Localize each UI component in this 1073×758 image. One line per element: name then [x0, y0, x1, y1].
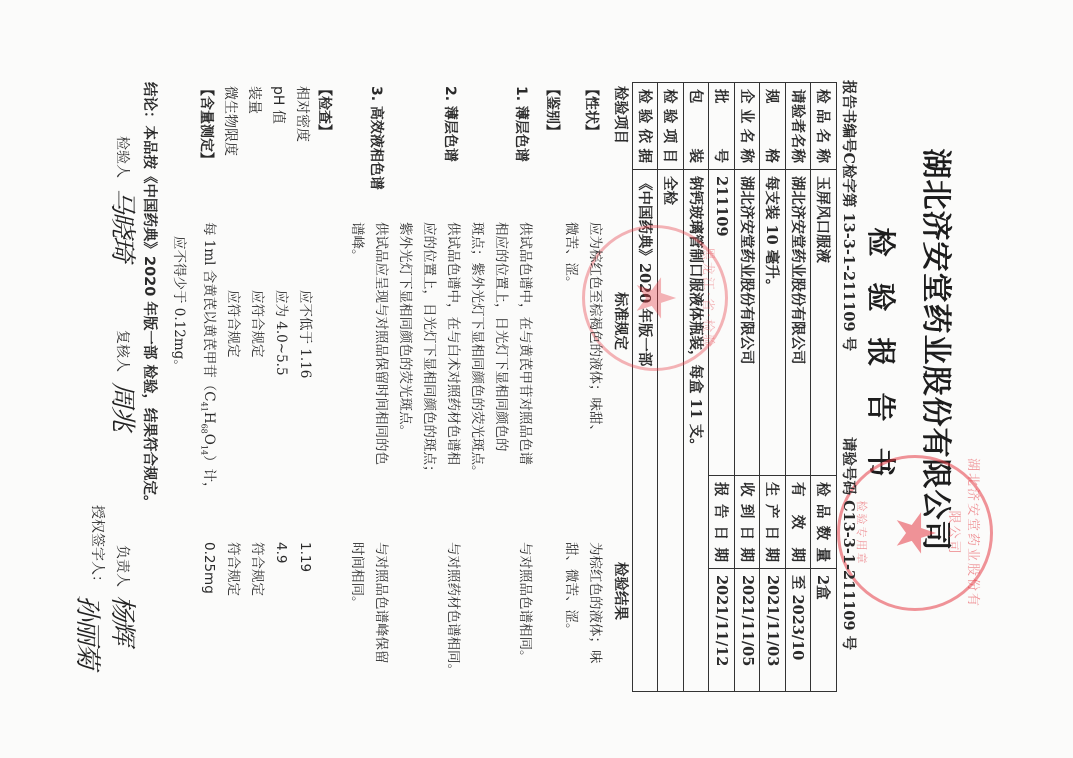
identification-standard-3: 供试品应呈现与对照品保留时间相同的色 谱峰。 [345, 222, 393, 465]
product-name-value: 玉屏风口服液 [811, 170, 837, 476]
inspection-item-density: 相对密度 [293, 86, 313, 142]
inspection-report-page: 湖北济安堂药业股份有限公司 检验报告书 湖北济安堂药业股份有限公司 ★ 检验专用… [0, 0, 1073, 758]
authorized-signer-label: 授权签字人： [88, 505, 108, 589]
appearance-standard: 应为棕红色至棕褐色的液体；味甜、 微苦、涩。 [559, 222, 607, 438]
assay-result: 0.25mg [197, 542, 221, 594]
table-seal-text: 黑龙江·省·检验 [700, 228, 719, 368]
inspection-item-fill: 装量 [245, 86, 265, 114]
package-label: 包装 [684, 83, 710, 170]
table-row: 检验依据 《中国药典》2020 年版一部 [633, 83, 659, 692]
column-header-item: 检验项目 [611, 86, 632, 144]
report-number: 报告书编号C检字第 13-3-1-211109 号 [839, 80, 860, 351]
product-info-table: 检品名称 玉屏风口服液 检品数量 2盒 请验者名称 湖北济安堂药业股份有限公司 … [632, 82, 837, 692]
seal-ring-text: 湖北济安堂药业股份有限公司 [946, 458, 984, 608]
report-date-value: 2021/11/12 [709, 569, 735, 692]
received-date-label: 收到日期 [735, 476, 761, 569]
column-header-result: 检验结果 [611, 562, 632, 620]
inspection-result-microbial: 符合规定 [221, 542, 245, 596]
identification-result-2: 与对照药材色谱相同。 [441, 542, 465, 677]
expiry-label: 有效期 [786, 476, 812, 569]
quantity-label: 检品数量 [811, 476, 837, 569]
authorized-signature: 孙丽菊 [71, 595, 108, 667]
section-appearance: 【性状】 [582, 82, 602, 138]
inspection-standard-ph: 应为 4.0~5.5 [269, 290, 293, 376]
table-row: 批号 211109 报告日期 2021/11/12 [709, 83, 735, 692]
inspection-standard-microbial: 应符合规定 [221, 290, 245, 358]
manager-label: 负责人 [113, 545, 133, 587]
table-row: 规格 每支装 10 毫升。 生产日期 2021/11/03 [760, 83, 786, 692]
inspection-standard-density: 应不低于 1.16 [293, 290, 317, 378]
table-row: 包装 钠钙玻璃管制口服液体瓶装，每盒 11 支。 [684, 83, 710, 692]
inspection-result-fill: 符合规定 [245, 542, 269, 596]
inspection-item-microbial: 微生物限度 [221, 86, 241, 156]
report-date-label: 报告日期 [709, 476, 735, 569]
spec-value: 每支装 10 毫升。 [760, 170, 786, 476]
basis-label: 检验依据 [633, 83, 659, 170]
inspector-signature: 马晓琦 [106, 188, 143, 260]
star-icon: ★ [628, 274, 682, 322]
identification-result-3: 与对照品色谱峰保留 时间相同。 [345, 542, 393, 664]
section-inspection: 【检查】 [315, 82, 335, 138]
reviewer-label: 复核人 [113, 330, 133, 372]
batch-label: 批号 [709, 83, 735, 170]
appearance-result: 为棕红色的液体；味 甜、微苦、涩。 [559, 542, 607, 664]
table-row: 请验者名称 湖北济安堂药业股份有限公司 有效期 至 2023/10 [786, 83, 812, 692]
identification-standard-2: 供试品色谱中，在与白术对照药材色谱相 应的位置上，日光灯下显相同颜色的斑点； 紫… [393, 222, 465, 479]
inspection-result-ph: 4.9 [269, 542, 293, 563]
enterprise-value: 湖北济安堂药业股份有限公司 [735, 170, 761, 476]
conclusion: 结论：本品按《中国药典》2020 年版一部 检验，结果符合规定。 [140, 82, 161, 509]
test-item-label: 检验项目 [658, 83, 684, 170]
requester-label: 请验者名称 [786, 83, 812, 170]
assay-standard: 每 1ml 含黄芪以黄芪甲苷（C41H68O14）计， 应不得少于 0.12mg… [167, 222, 221, 496]
manager-signature: 杨辉 [106, 595, 143, 643]
spec-label: 规格 [760, 83, 786, 170]
requester-value: 湖北济安堂药业股份有限公司 [786, 170, 812, 476]
production-date-label: 生产日期 [760, 476, 786, 569]
product-name-label: 检品名称 [811, 83, 837, 170]
table-row: 检验项目 全检 [658, 83, 684, 692]
star-icon: ★ [888, 509, 942, 557]
identification-result-1: 与对照品色谱相同。 [513, 542, 537, 664]
received-date-value: 2021/11/05 [735, 569, 761, 692]
section-assay: 【含量测定】 [197, 82, 217, 166]
inspection-result-density: 1.19 [293, 542, 317, 572]
identification-item-2: 2. 薄层色谱 [441, 86, 461, 162]
identification-item-3: 3. 高效液相色谱 [367, 86, 387, 190]
quantity-value: 2盒 [811, 569, 837, 692]
table-row: 企业名称 湖北济安堂药业股份有限公司 收到日期 2021/11/05 [735, 83, 761, 692]
reviewer-signature: 周兆 [106, 382, 143, 430]
company-seal: 湖北济安堂药业股份有限公司 ★ 检验专用章 [837, 455, 993, 611]
inspector-label: 检验人 [113, 136, 133, 178]
column-header-standard: 标准规定 [611, 292, 632, 350]
identification-standard-1: 供试品色谱中，在与黄芪甲苷对照品色谱 相应的位置上，日光灯下显相同颜色的 斑点；… [465, 222, 537, 479]
inspection-standard-fill: 应符合规定 [245, 290, 269, 358]
table-row: 检品名称 玉屏风口服液 检品数量 2盒 [811, 83, 837, 692]
request-number: 请验号码 C13-3-1-211109 号 [839, 437, 860, 650]
expiry-value: 至 2023/10 [786, 569, 812, 692]
enterprise-label: 企业名称 [735, 83, 761, 170]
identification-item-1: 1. 薄层色谱 [512, 86, 532, 162]
inspection-item-ph: pH 值 [269, 86, 289, 124]
section-identification: 【鉴别】 [543, 82, 563, 138]
production-date-value: 2021/11/03 [760, 569, 786, 692]
